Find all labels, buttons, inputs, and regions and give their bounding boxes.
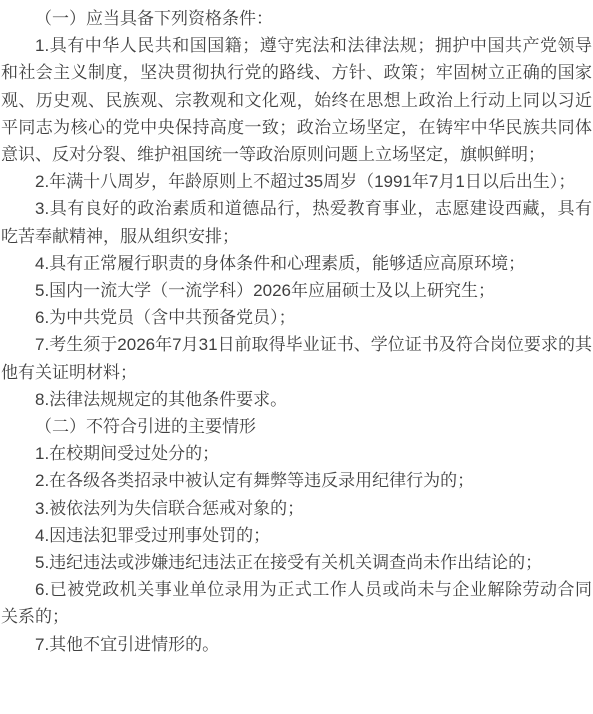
disqualification-item-5: 5.违纪违法或涉嫌违纪违法正在接受有关机关调查尚未作出结论的； [1,549,592,576]
qualification-item-6: 6.为中共党员（含中共预备党员）； [1,304,592,331]
qualification-item-8: 8.法律法规规定的其他条件要求。 [1,386,592,413]
disqualification-item-6: 6.已被党政机关事业单位录用为正式工作人员或尚未与企业解除劳动合同关系的； [1,576,592,630]
qualification-item-1: 1.具有中华人民共和国国籍；遵守宪法和法律法规；拥护中国共产党领导和社会主义制度… [1,32,592,168]
disqualification-section-heading: （二）不符合引进的主要情形 [1,413,592,440]
qualification-item-4: 4.具有正常履行职责的身体条件和心理素质，能够适应高原环境； [1,250,592,277]
qualification-item-7: 7.考生须于2026年7月31日前取得毕业证书、学位证书及符合岗位要求的其他有关… [1,331,592,385]
disqualification-item-2: 2.在各级各类招录中被认定有舞弊等违反录用纪律行为的； [1,467,592,494]
disqualification-item-4: 4.因违法犯罪受过刑事处罚的； [1,522,592,549]
document-page: （一）应当具备下列资格条件： 1.具有中华人民共和国国籍；遵守宪法和法律法规；拥… [0,0,593,714]
disqualification-item-1: 1.在校期间受过处分的； [1,440,592,467]
qualification-item-2: 2.年满十八周岁，年龄原则上不超过35周岁（1991年7月1日以后出生）； [1,168,592,195]
document-body: （一）应当具备下列资格条件： 1.具有中华人民共和国国籍；遵守宪法和法律法规；拥… [0,0,593,658]
qualification-section-heading: （一）应当具备下列资格条件： [1,5,592,32]
qualification-item-5: 5.国内一流大学（一流学科）2026年应届硕士及以上研究生； [1,277,592,304]
disqualification-item-7: 7.其他不宜引进情形的。 [1,631,592,658]
qualification-item-3: 3.具有良好的政治素质和道德品行，热爱教育事业，志愿建设西藏，具有吃苦奉献精神，… [1,195,592,249]
disqualification-item-3: 3.被依法列为失信联合惩戒对象的； [1,495,592,522]
